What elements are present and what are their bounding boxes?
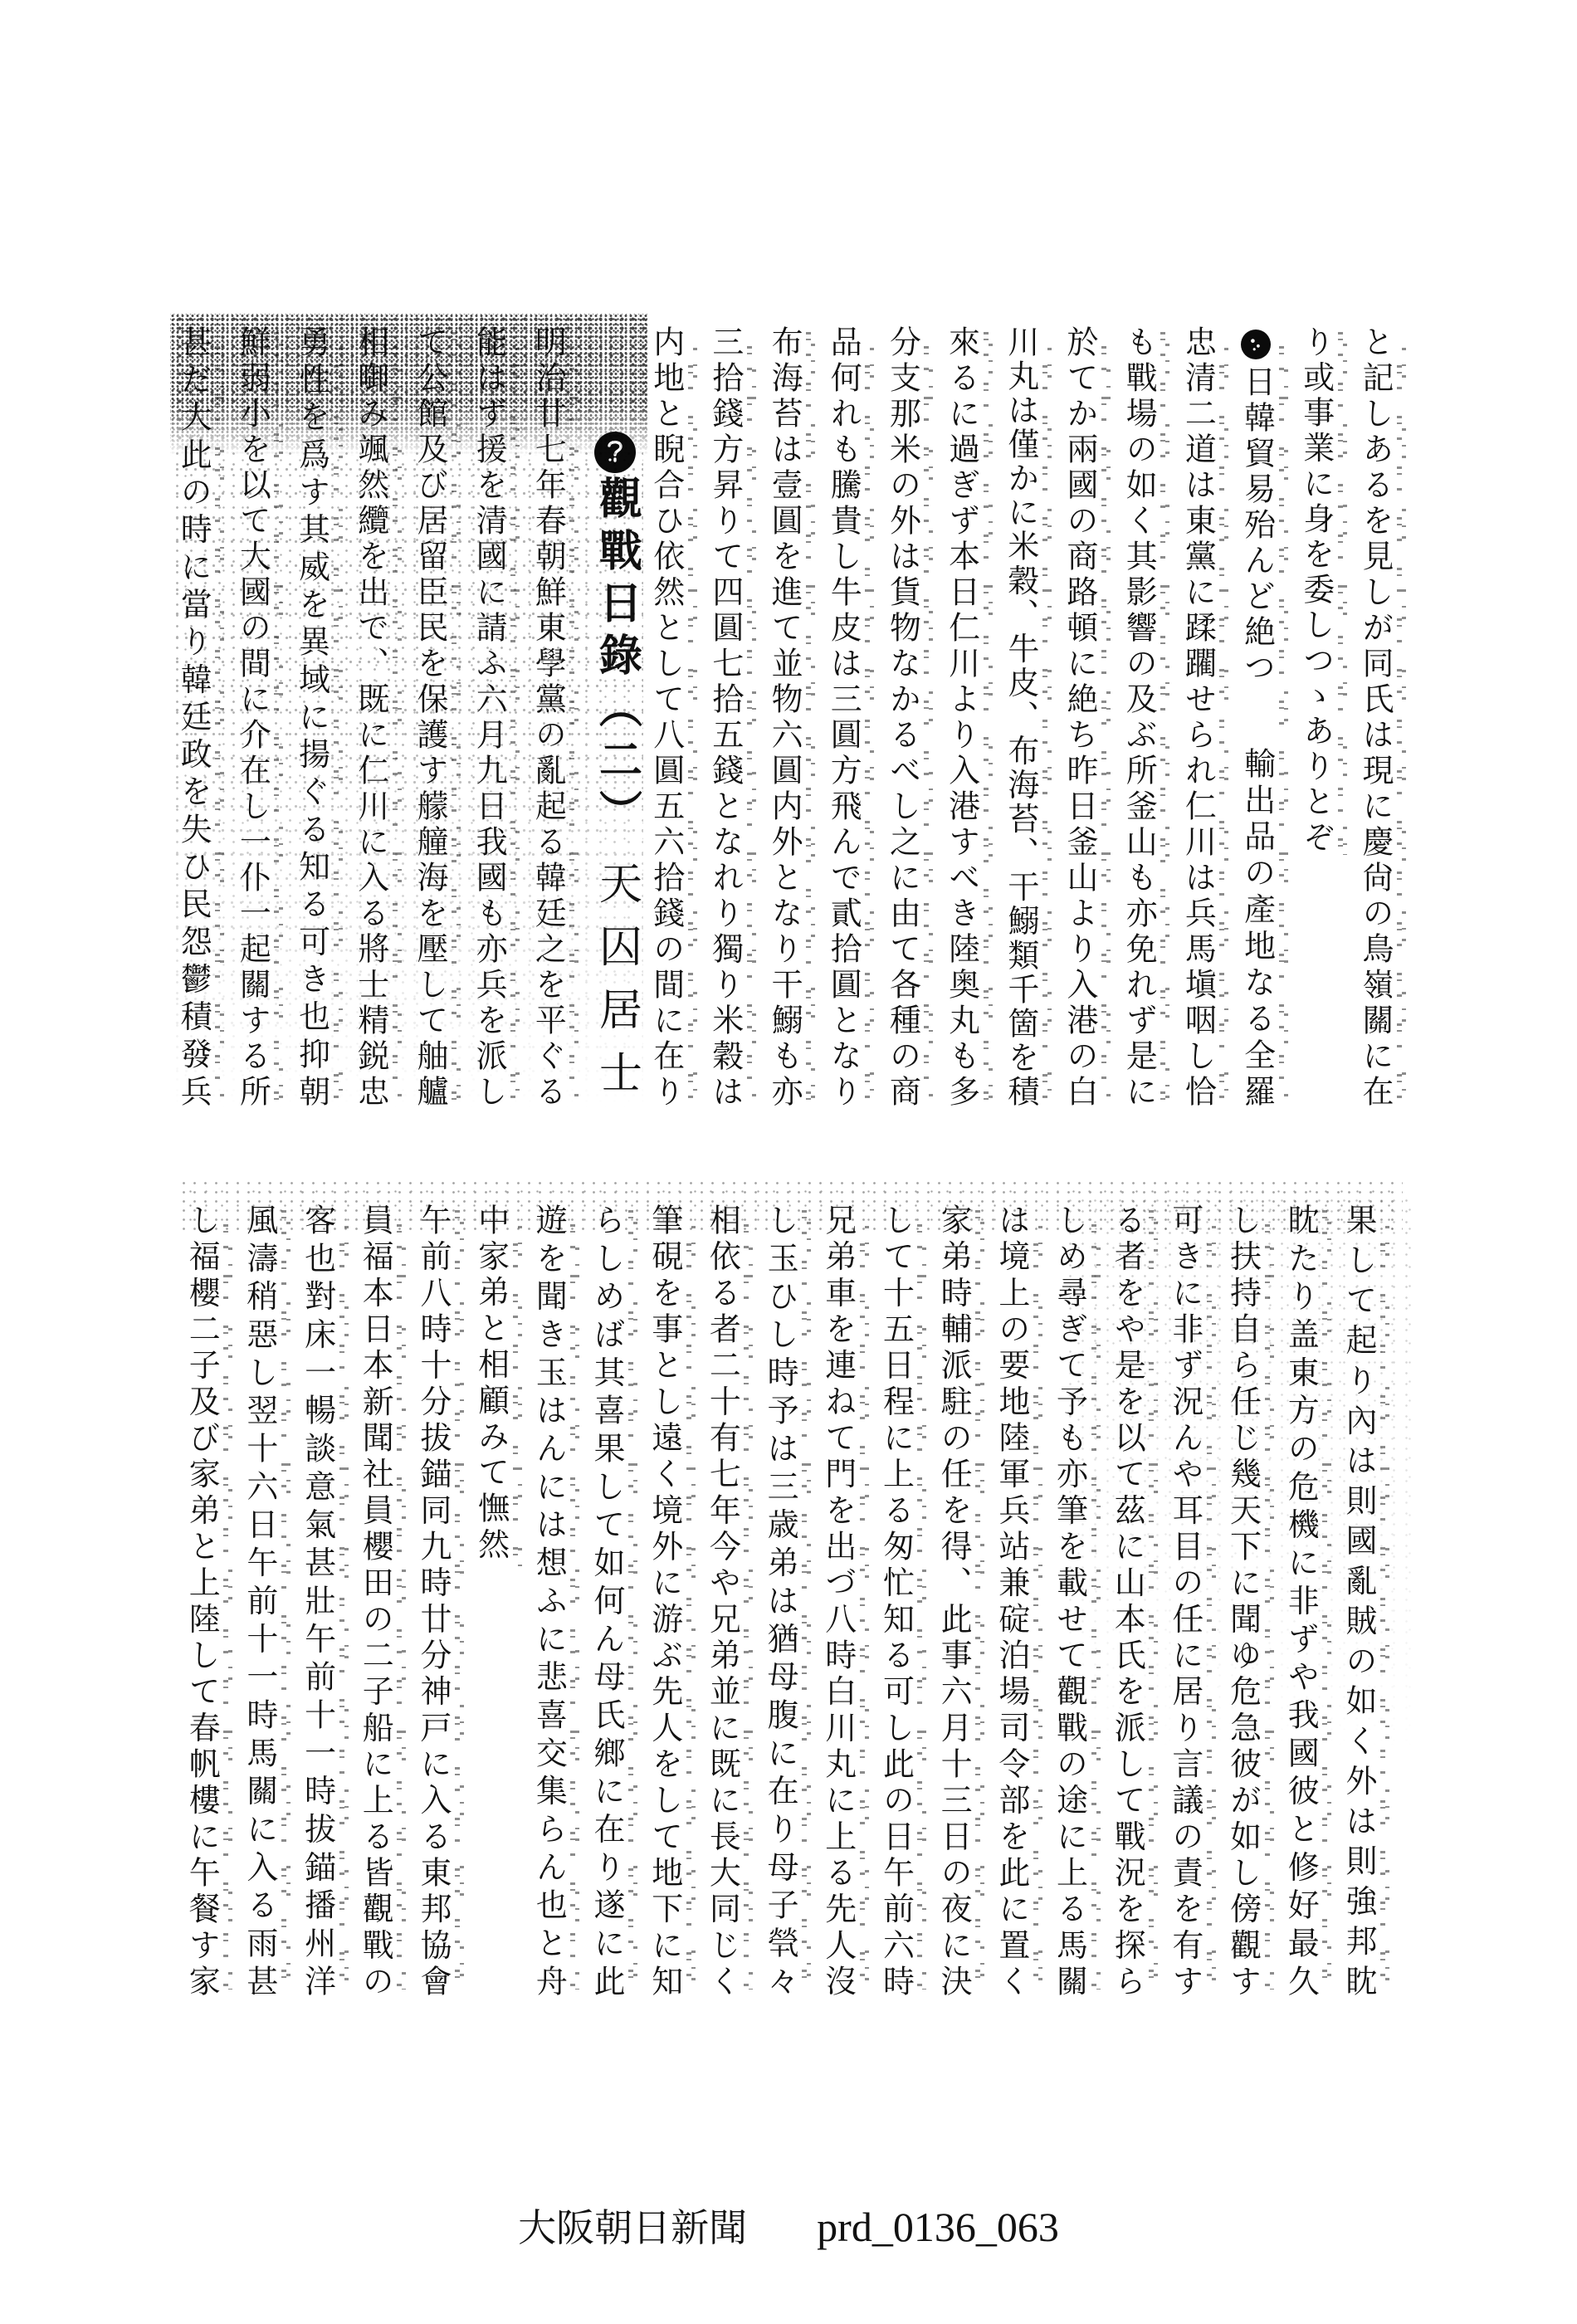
text-column: 品何れも騰貴し牛皮は三圓方飛んで貳拾圓となり <box>820 325 879 1106</box>
column-text: 布海苔は壹圓を進て並物六圓内外となり干鰯も亦 <box>768 325 801 1106</box>
column-text: 相依る者二十有七年今や兄弟並に既に長大同じく <box>705 1203 739 1996</box>
column-text: 來るに過ぎず本日仁川より入港すべき陸奥丸も多 <box>945 325 979 1106</box>
text-column: も戰場の如く其影響の及ぶ所釜山も亦免れず是に <box>1116 325 1174 1106</box>
text-column: 布海苔は壹圓を進て並物六圓内外となり干鰯も亦 <box>761 325 820 1106</box>
text-column: 勇性を爲す其威を異域に揚ぐる知る可き也抑朝 <box>288 325 347 1106</box>
text-column: る者をや是を以て茲に山本氏を派して戰況を探ら <box>1106 1203 1164 1996</box>
heading-mark-icon <box>594 432 636 473</box>
text-column: 相啣み颯然纜を出で、既に仁川に入る將士精鋭忠 <box>348 325 407 1106</box>
column-text: 輸出品の產地なる全羅 <box>1241 747 1274 1106</box>
column-text: り或事業に身を委しつゝありとぞ <box>1300 325 1333 856</box>
column-text: し扶持自ら任じ幾天下に聞ゆ危急彼が如し傍觀す <box>1227 1203 1260 1996</box>
text-column: 内地と睨合ひ依然として八圓五六拾錢の間に在り <box>643 325 702 1106</box>
text-column: 可きに非ず況んや耳目の任に居り言議の責を有す <box>1163 1203 1221 1996</box>
text-column: 三拾錢方昇りて四圓七拾五錢となれり獨り米穀は <box>702 325 761 1106</box>
news-headline: 日韓貿易殆んど絶つ <box>1241 365 1274 686</box>
news-headline-column: 日韓貿易殆んど絶つ 輸出品の產地なる全羅 <box>1233 325 1292 1106</box>
text-column: 能はず援を清國に請ふ六月九日我國も亦兵を派し <box>466 325 525 1106</box>
column-text: 遊を聞き玉はんには想ふに悲喜交集らん也と舟 <box>532 1203 565 1996</box>
text-column: は境上の要地陸軍兵站兼碇泊場司令部を此に置く <box>989 1203 1047 1996</box>
column-text: も戰場の如く其影響の及ぶ所釜山も亦免れず是に <box>1122 325 1155 1106</box>
text-column: 風濤稍惡し翌十六日午前十一時馬關に入る雨甚 <box>237 1203 295 1996</box>
text-column: 客也對床一暢談意氣甚壯午前十一時拔錨播州洋 <box>295 1203 354 1996</box>
column-text: 内地と睨合ひ依然として八圓五六拾錢の間に在り <box>650 325 683 1106</box>
column-text: 可きに非ず況んや耳目の任に居り言議の責を有す <box>1169 1203 1202 1996</box>
text-column: 兄弟車を連ねて門を出づ八時白川丸に上る先人沒 <box>816 1203 874 1996</box>
column-text: 勇性を爲す其威を異域に揚ぐる知る可き也抑朝 <box>295 325 329 1106</box>
text-column: 午前八時十分拔錨同九時廿分神戸に入る東邦協會 <box>411 1203 469 1996</box>
text-column: 果して起り內は則國亂賊の如く外は則強邦眈 <box>1336 1203 1394 1996</box>
article-heading-column: 觀戰日錄（二） 天囚居士 <box>583 325 642 1106</box>
text-column: と記しあるを見しが同氏は現に慶尙の鳥嶺關に在 <box>1352 325 1411 1106</box>
column-text: 明治廿七年春朝鮮東學黨の亂起る韓廷之を平ぐる <box>531 325 564 1106</box>
text-column: 員福本日本新聞社員櫻田の二子船に上る皆觀戰の <box>354 1203 412 1996</box>
text-column: 甚だ大此の時に當り韓廷政を失ひ民怨鬱積發兵 <box>170 325 229 1106</box>
column-text: 風濤稍惡し翌十六日午前十一時馬關に入る雨甚 <box>243 1203 276 1996</box>
column-text: 眈たり盖東方の危機に非ずや我國彼と修好最久 <box>1284 1203 1317 1996</box>
text-column: しめ尋ぎて予も亦筆を載せて觀戰の途に上る馬關 <box>1047 1203 1106 1996</box>
column-text: して十五日程に上る匆忙知る可し此の日午前六時 <box>879 1203 912 1996</box>
column-text: し玉ひし時予は三歳弟は猶母腹に在り母子煢々 <box>764 1203 797 1996</box>
text-column: し扶持自ら任じ幾天下に聞ゆ危急彼が如し傍觀す <box>1221 1203 1279 1996</box>
text-column: 鮮弱小を以て大國の間に介在し一仆一起關する所 <box>229 325 288 1106</box>
column-text: と記しあるを見しが同氏は現に慶尙の鳥嶺關に在 <box>1359 325 1392 1106</box>
column-text: 家弟時輔派駐の任を得、此事六月十三日の夜に決 <box>937 1203 970 1996</box>
column-text: 能はず援を清國に請ふ六月九日我國も亦兵を派し <box>472 325 505 1106</box>
newspaper-page: と記しあるを見しが同氏は現に慶尙の鳥嶺關に在 り或事業に身を委しつゝありとぞ 日… <box>0 0 1577 2324</box>
text-column: し福櫻二子及び家弟と上陸して春帆樓に午餐す家 <box>180 1203 238 1996</box>
text-column: 遊を聞き玉はんには想ふに悲喜交集らん也と舟 <box>527 1203 585 1996</box>
bullet-circle-icon <box>1241 330 1271 359</box>
column-text: 川丸は僅かに米穀、牛皮、布海苔、干鰯類千箇を積 <box>1004 325 1037 1106</box>
text-column: 來るに過ぎず本日仁川より入港すべき陸奥丸も多 <box>938 325 997 1106</box>
column-text: 相啣み颯然纜を出で、既に仁川に入る將士精鋭忠 <box>354 325 388 1106</box>
text-column: 筆硯を事とし遠く境外に游ぶ先人をして地下に知 <box>642 1203 701 1996</box>
column-text: 客也對床一暢談意氣甚壯午前十一時拔錨播州洋 <box>301 1203 334 1996</box>
text-column: 相依る者二十有七年今や兄弟並に既に長大同じく <box>701 1203 759 1996</box>
article-author: 天囚居士 <box>594 861 639 1113</box>
article-title: 觀戰日錄（二） <box>594 476 639 842</box>
text-column: らしめば其喜果して如何ん母氏鄉に在り遂に此 <box>584 1203 642 1996</box>
text-column: 明治廿七年春朝鮮東學黨の亂起る韓廷之を平ぐる <box>525 325 583 1106</box>
column-text: 分支那米の外は貨物なかるべし之に由て各種の商 <box>886 325 919 1106</box>
column-text: 兄弟車を連ねて門を出づ八時白川丸に上る先人沒 <box>822 1203 855 1996</box>
column-text: 忠清二道は東黨に蹂躙せられ仁川は兵馬塡咽し恰 <box>1181 325 1214 1106</box>
text-column: 分支那米の外は貨物なかるべし之に由て各種の商 <box>879 325 938 1106</box>
column-text: 品何れも騰貴し牛皮は三圓方飛んで貳拾圓となり <box>827 325 860 1106</box>
page-footer: 大阪朝日新聞 prd_0136_063 <box>0 2198 1577 2253</box>
bottom-text-block: 果して起り內は則國亂賊の如く外は則強邦眈 眈たり盖東方の危機に非ずや我國彼と修好… <box>179 1203 1394 1996</box>
page-identifier: prd_0136_063 <box>817 2203 1059 2251</box>
column-text: て公館及び居留臣民を保護す艨艟海を壓して舳艫 <box>413 325 447 1106</box>
text-column-short: 中家弟と相顧みて憮然 <box>469 1203 527 1996</box>
column-text: 鮮弱小を以て大國の間に介在し一仆一起關する所 <box>236 325 269 1106</box>
column-text: 午前八時十分拔錨同九時廿分神戸に入る東邦協會 <box>417 1203 450 1996</box>
text-column: て公館及び居留臣民を保護す艨艟海を壓して舳艫 <box>407 325 466 1106</box>
column-text: し福櫻二子及び家弟と上陸して春帆樓に午餐す家 <box>185 1203 218 1996</box>
text-column: 忠清二道は東黨に蹂躙せられ仁川は兵馬塡咽し恰 <box>1174 325 1233 1106</box>
top-text-block: と記しあるを見しが同氏は現に慶尙の鳥嶺關に在 り或事業に身を委しつゝありとぞ 日… <box>170 325 1411 1106</box>
column-text: は境上の要地陸軍兵站兼碇泊場司令部を此に置く <box>995 1203 1028 1996</box>
column-text: る者をや是を以て茲に山本氏を派して戰況を探ら <box>1111 1203 1144 1996</box>
text-column: 眈たり盖東方の危機に非ずや我國彼と修好最久 <box>1279 1203 1337 1996</box>
mark-glyph-icon <box>603 438 627 466</box>
text-column: 川丸は僅かに米穀、牛皮、布海苔、干鰯類千箇を積 <box>998 325 1057 1106</box>
column-text: 甚だ大此の時に當り韓廷政を失ひ民怨鬱積發兵 <box>177 325 210 1106</box>
column-text: 於てか兩國の商路頓に絶ち昨日釜山より入港の白 <box>1063 325 1096 1106</box>
column-text: しめ尋ぎて予も亦筆を載せて觀戰の途に上る馬關 <box>1053 1203 1086 1996</box>
text-column: 家弟時輔派駐の任を得、此事六月十三日の夜に決 <box>931 1203 989 1996</box>
column-text: 員福本日本新聞社員櫻田の二子船に上る皆觀戰の <box>359 1203 392 1996</box>
publication-name: 大阪朝日新聞 <box>518 2198 747 2253</box>
column-text: 筆硯を事とし遠く境外に游ぶ先人をして地下に知 <box>648 1203 681 1996</box>
column-text: 三拾錢方昇りて四圓七拾五錢となれり獨り米穀は <box>709 325 742 1106</box>
text-column: 於てか兩國の商路頓に絶ち昨日釜山より入港の白 <box>1057 325 1116 1106</box>
text-column: し玉ひし時予は三歳弟は猶母腹に在り母子煢々 <box>758 1203 816 1996</box>
text-column-short: り或事業に身を委しつゝありとぞ <box>1293 325 1352 1106</box>
column-text: らしめば其喜果して如何ん母氏鄉に在り遂に此 <box>590 1203 623 1996</box>
column-text: 中家弟と相顧みて憮然 <box>475 1203 508 1564</box>
column-text: 果して起り內は則國亂賊の如く外は則強邦眈 <box>1342 1203 1375 1996</box>
text-column: して十五日程に上る匆忙知る可し此の日午前六時 <box>874 1203 932 1996</box>
